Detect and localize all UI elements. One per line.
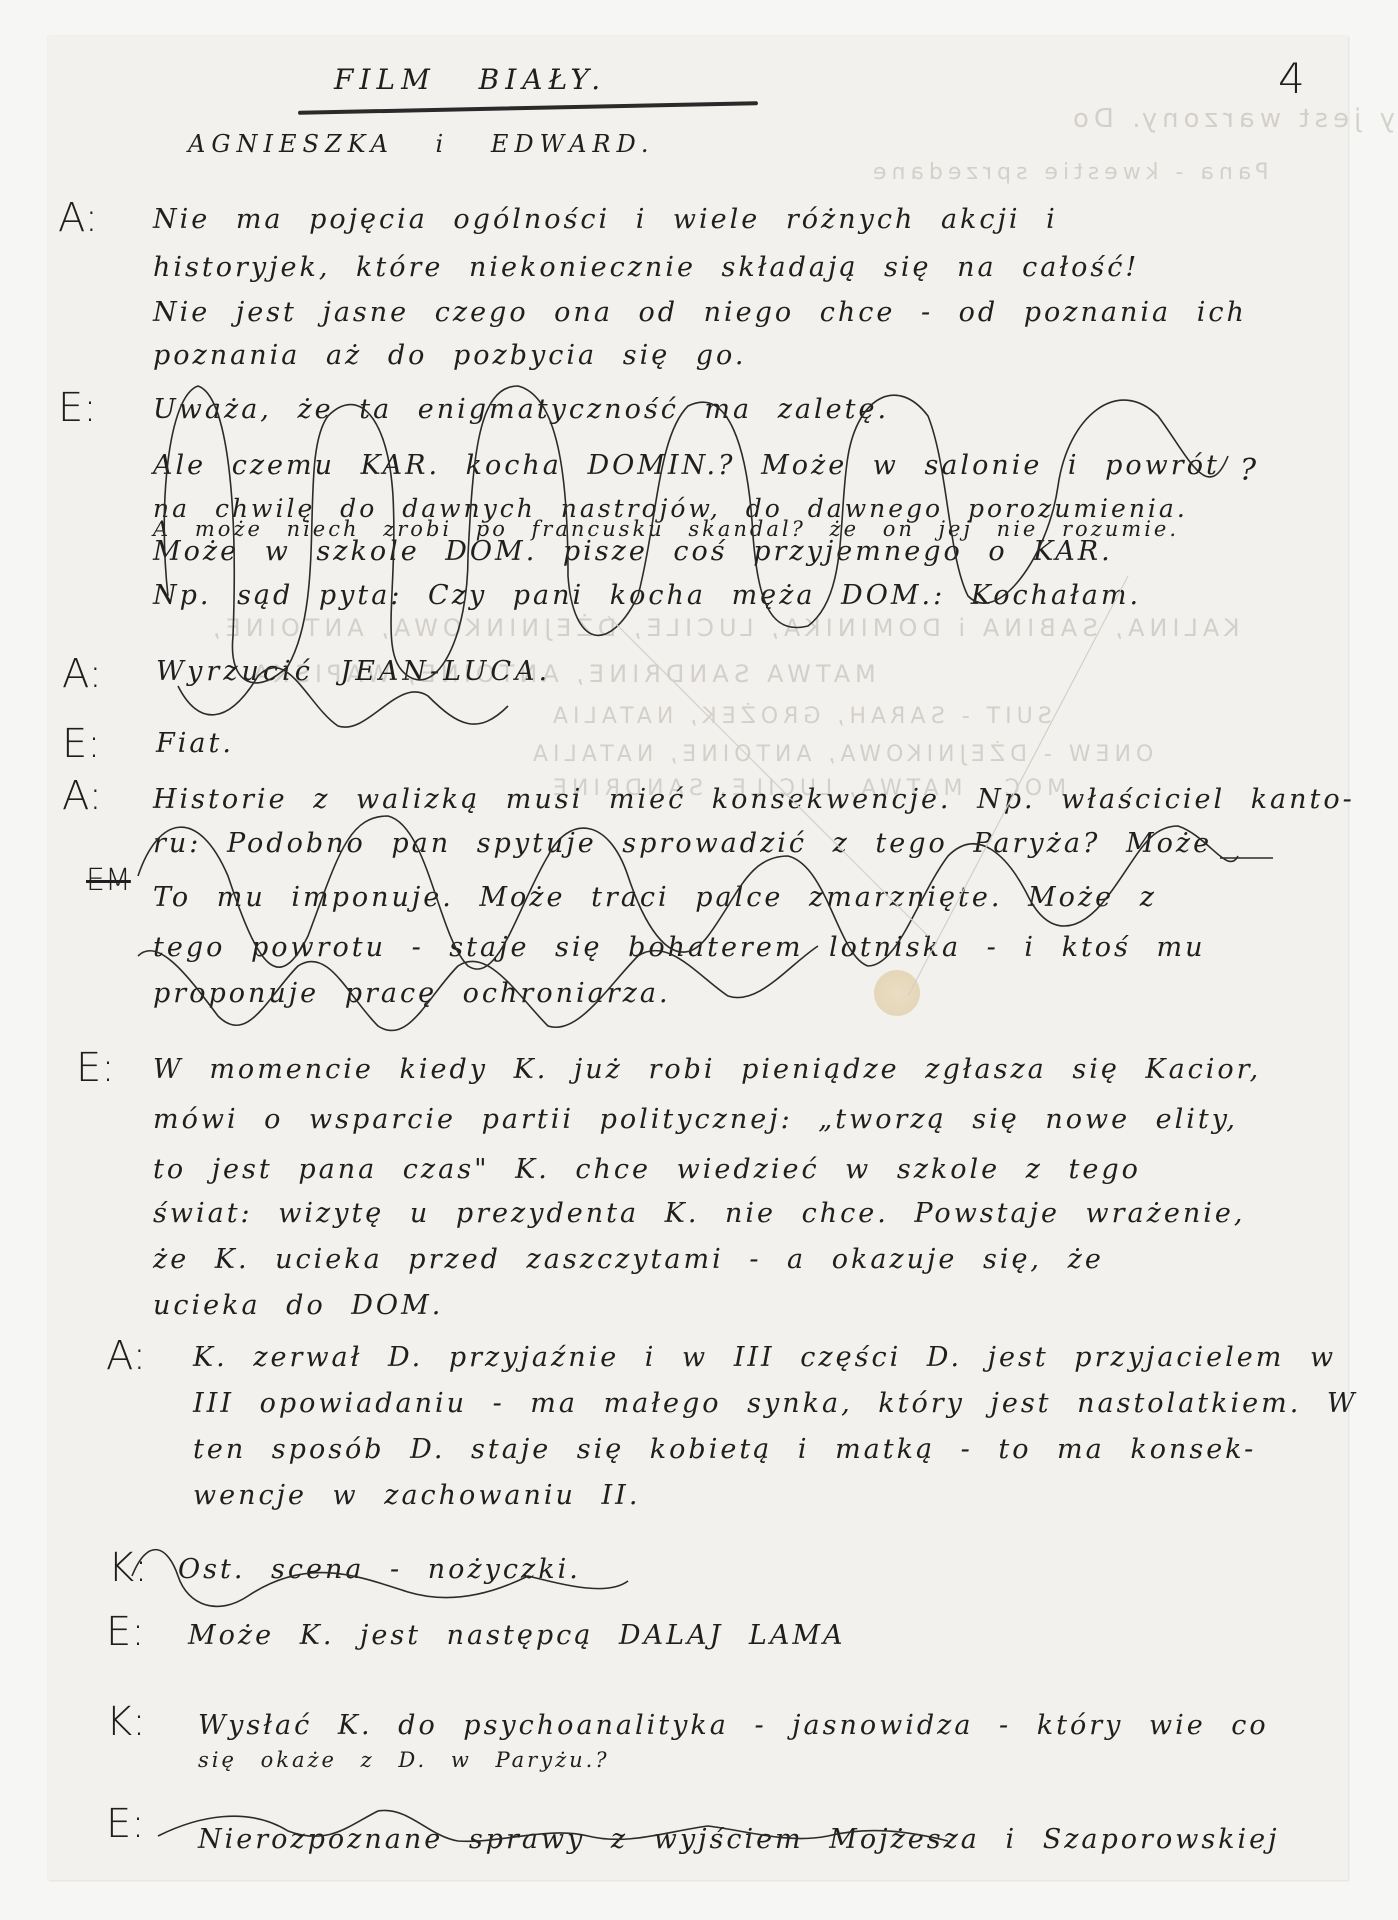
strikethrough-scribbles [48,36,1348,1880]
manuscript-page: E, A, K: Zabić z maruchę pijaka, który j… [48,36,1348,1880]
